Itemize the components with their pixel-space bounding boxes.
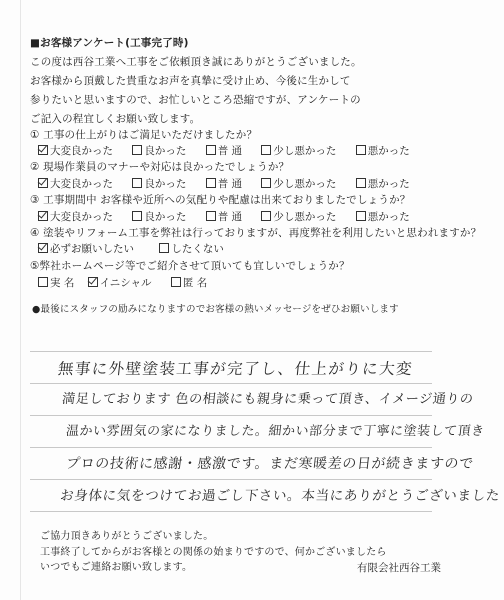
option[interactable]: 普 通 (206, 210, 242, 224)
option[interactable]: 実 名 (38, 276, 74, 290)
question-4-label: ④ 塗装やリフォーム工事を弊社は行っておりますが、再度弊社を利用したいと思われま… (30, 226, 481, 240)
checkbox-icon[interactable] (261, 178, 271, 188)
option[interactable]: 悪かった (356, 144, 410, 158)
option[interactable]: 少し悪かった (261, 144, 336, 158)
checkbox-icon[interactable] (132, 145, 142, 155)
option[interactable]: 普 通 (206, 144, 242, 158)
option[interactable]: 悪かった (356, 210, 410, 224)
question-2-label: ② 現場作業員のマナーや対応は良かったでしょうか？ (30, 160, 289, 174)
question-1-options: 大変良かった 良かった 普 通 少し悪かった 悪かった (38, 144, 426, 158)
option[interactable]: 少し悪かった (261, 210, 336, 224)
option[interactable]: 大変良かった (38, 177, 113, 191)
closing-line: いつでもご連絡お願い致します。 (40, 561, 192, 575)
checkbox-icon[interactable] (159, 243, 169, 253)
intro-line: 参りたいと思いますので、お忙しいところ恐縮ですが、アンケートの (30, 93, 361, 107)
checkbox-icon[interactable] (206, 211, 216, 221)
checkbox-icon[interactable] (132, 178, 142, 188)
checkbox-icon[interactable] (206, 178, 216, 188)
checkbox-icon[interactable] (206, 145, 216, 155)
option[interactable]: 匿 名 (171, 276, 207, 290)
option[interactable]: 必ずお願いしたい (38, 242, 134, 256)
intro-line: ご記入の程宜しくお願い致します。 (30, 112, 200, 126)
ruled-line (30, 511, 432, 512)
message-prompt: ●最後にスタッフの励みになりますのでお客様の熱いメッセージをぜひお願いします (32, 303, 399, 317)
checkbox-checked-icon[interactable] (38, 243, 48, 253)
ruled-line (30, 383, 432, 384)
checkbox-icon[interactable] (171, 277, 181, 287)
checkbox-icon[interactable] (261, 211, 271, 221)
option[interactable]: 良かった (132, 144, 186, 158)
option[interactable]: 悪かった (356, 177, 410, 191)
handwritten-line: 温かい雰囲気の家になりました。細かい部分まで丁寧に塗装して頂き (65, 422, 486, 442)
checkbox-icon[interactable] (356, 145, 366, 155)
checkbox-icon[interactable] (132, 211, 142, 221)
handwritten-line: プロの技術に感謝・感激です。まだ寒暖差の日が続きますので (65, 454, 475, 474)
option[interactable]: 大変良かった (38, 144, 113, 158)
option[interactable]: したくない (159, 242, 224, 256)
ruled-line (30, 479, 432, 480)
intro-line: この度は西谷工業へ工事をご依頼頂き誠にありがとうございました。 (30, 55, 362, 69)
page-edge (20, 0, 21, 600)
option[interactable]: 普 通 (206, 177, 242, 191)
ruled-line (30, 447, 432, 448)
question-4-options: 必ずお願いしたい したくない (38, 242, 240, 256)
checkbox-icon[interactable] (261, 145, 271, 155)
option[interactable]: 少し悪かった (261, 177, 336, 191)
question-3-label: ③ 工事期間中 お客様や近所への気配りや配慮は出来ておりましたでしょうか？ (30, 193, 411, 207)
option[interactable]: イニシャル (88, 276, 152, 290)
question-5-label: ⑤弊社ホームページ等でご紹介させて頂いても宜しいでしょうか？ (30, 259, 350, 273)
ruled-line (30, 415, 432, 416)
question-1-label: ① 工事の仕上がりはご満足いただけましたか？ (30, 128, 257, 142)
checkbox-checked-icon[interactable] (38, 178, 48, 188)
intro-line: お客様から頂戴した貴重なお声を真摯に受け止め、今後に生かして (30, 74, 351, 88)
checkbox-icon[interactable] (356, 178, 366, 188)
ruled-line (30, 351, 432, 352)
checkbox-icon[interactable] (356, 211, 366, 221)
checkbox-checked-icon[interactable] (88, 277, 98, 287)
question-2-options: 大変良かった 良かった 普 通 少し悪かった 悪かった (38, 177, 426, 191)
closing-line: 工事終了してからがお客様との関係の始まりですので、何かございましたら (40, 546, 387, 560)
closing-line: ご協力頂きありがとうございました。 (40, 530, 213, 544)
checkbox-checked-icon[interactable] (38, 145, 48, 155)
checkbox-checked-icon[interactable] (38, 211, 48, 221)
survey-title: ■お客様アンケート(工事完了時) (30, 36, 189, 50)
checkbox-icon[interactable] (38, 277, 48, 287)
company-name: 有限会社西谷工業 (357, 561, 441, 575)
option[interactable]: 良かった (132, 210, 186, 224)
handwritten-line: 満足しております 色の相談にも親身に乗って頂き、イメージ通りの (61, 390, 474, 410)
question-5-options: 実 名 イニシャル 匿 名 (38, 276, 223, 290)
option[interactable]: 良かった (132, 177, 186, 191)
handwritten-line: 無事に外壁塗装工事が完了し、仕上がりに大変 (57, 359, 414, 379)
question-3-options: 大変良かった 良かった 普 通 少し悪かった 悪かった (38, 210, 426, 224)
option[interactable]: 大変良かった (38, 210, 113, 224)
handwritten-line: お身体に気をつけてお過ごし下さい。本当にありがとうございました (59, 486, 501, 506)
